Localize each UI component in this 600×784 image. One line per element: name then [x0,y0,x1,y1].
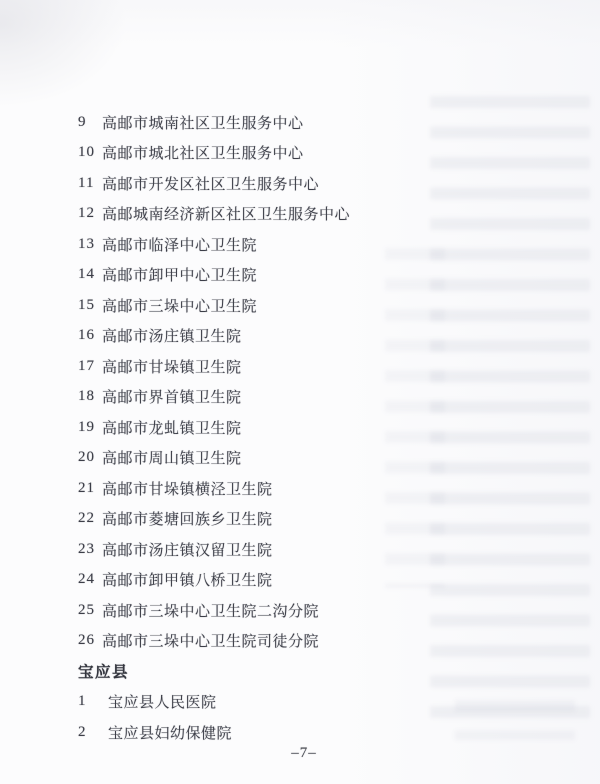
item-name: 高邮市城北社区卫生服务中心 [102,142,304,163]
baoying-institution-list: 1 宝应县人民医院 2 宝应县妇幼保健院 [78,687,570,748]
item-number: 18 [78,388,96,405]
item-name: 高邮市卸甲中心卫生院 [102,264,257,285]
item-name: 高邮市汤庄镇卫生院 [102,325,242,346]
list-item: 20 高邮市周山镇卫生院 [78,443,570,474]
item-number: 15 [78,297,96,314]
list-item: 26 高邮市三垛中心卫生院司徒分院 [78,626,570,657]
list-item: 10 高邮市城北社区卫生服务中心 [78,138,570,169]
item-number: 2 [78,724,96,741]
item-name: 高邮市三垛中心卫生院 [102,295,257,316]
item-name: 高邮市临泽中心卫生院 [102,234,257,255]
list-item: 1 宝应县人民医院 [78,687,570,718]
document-body: 9 高邮市城南社区卫生服务中心 10 高邮市城北社区卫生服务中心 11 高邮市开… [78,107,570,748]
item-number: 11 [78,175,96,192]
page-number: –7– [0,745,600,762]
list-item: 2 宝应县妇幼保健院 [78,717,570,748]
item-number: 22 [78,510,96,527]
item-number: 12 [78,205,96,222]
list-item: 16 高邮市汤庄镇卫生院 [78,321,570,352]
list-item: 24 高邮市卸甲镇八桥卫生院 [78,565,570,596]
item-number: 16 [78,327,96,344]
item-name: 宝应县人民医院 [108,691,217,712]
list-item: 15 高邮市三垛中心卫生院 [78,290,570,321]
list-item: 22 高邮市菱塘回族乡卫生院 [78,504,570,535]
baoying-section-header: 宝应县 [78,656,570,687]
item-number: 19 [78,419,96,436]
item-number: 21 [78,480,96,497]
list-item: 18 高邮市界首镇卫生院 [78,382,570,413]
list-item: 19 高邮市龙虬镇卫生院 [78,412,570,443]
list-item: 25 高邮市三垛中心卫生院二沟分院 [78,595,570,626]
item-number: 24 [78,571,96,588]
item-number: 26 [78,632,96,649]
item-name: 高邮市开发区社区卫生服务中心 [102,173,319,194]
item-name: 高邮市三垛中心卫生院二沟分院 [102,600,319,621]
item-number: 13 [78,236,96,253]
list-item: 14 高邮市卸甲中心卫生院 [78,260,570,291]
item-number: 23 [78,541,96,558]
item-name: 高邮城南经济新区社区卫生服务中心 [102,203,350,224]
item-name: 高邮市菱塘回族乡卫生院 [102,508,273,529]
list-item: 11 高邮市开发区社区卫生服务中心 [78,168,570,199]
item-number: 10 [78,144,96,161]
item-name: 高邮市汤庄镇汉留卫生院 [102,539,273,560]
item-number: 9 [78,114,96,131]
item-name: 高邮市周山镇卫生院 [102,447,242,468]
list-item: 12 高邮城南经济新区社区卫生服务中心 [78,199,570,230]
item-name: 高邮市卸甲镇八桥卫生院 [102,569,273,590]
gaoyou-institution-list: 9 高邮市城南社区卫生服务中心 10 高邮市城北社区卫生服务中心 11 高邮市开… [78,107,570,656]
item-name: 高邮市龙虬镇卫生院 [102,417,242,438]
item-name: 高邮市甘垛镇横泾卫生院 [102,478,273,499]
item-number: 14 [78,266,96,283]
item-name: 高邮市界首镇卫生院 [102,386,242,407]
item-number: 25 [78,602,96,619]
list-item: 13 高邮市临泽中心卫生院 [78,229,570,260]
list-item: 9 高邮市城南社区卫生服务中心 [78,107,570,138]
item-name: 高邮市甘垛镇卫生院 [102,356,242,377]
item-name: 宝应县妇幼保健院 [108,722,232,743]
list-item: 23 高邮市汤庄镇汉留卫生院 [78,534,570,565]
list-item: 21 高邮市甘垛镇横泾卫生院 [78,473,570,504]
item-name: 高邮市三垛中心卫生院司徒分院 [102,630,319,651]
list-item: 17 高邮市甘垛镇卫生院 [78,351,570,382]
item-number: 1 [78,693,96,710]
item-name: 高邮市城南社区卫生服务中心 [102,112,304,133]
item-number: 17 [78,358,96,375]
item-number: 20 [78,449,96,466]
